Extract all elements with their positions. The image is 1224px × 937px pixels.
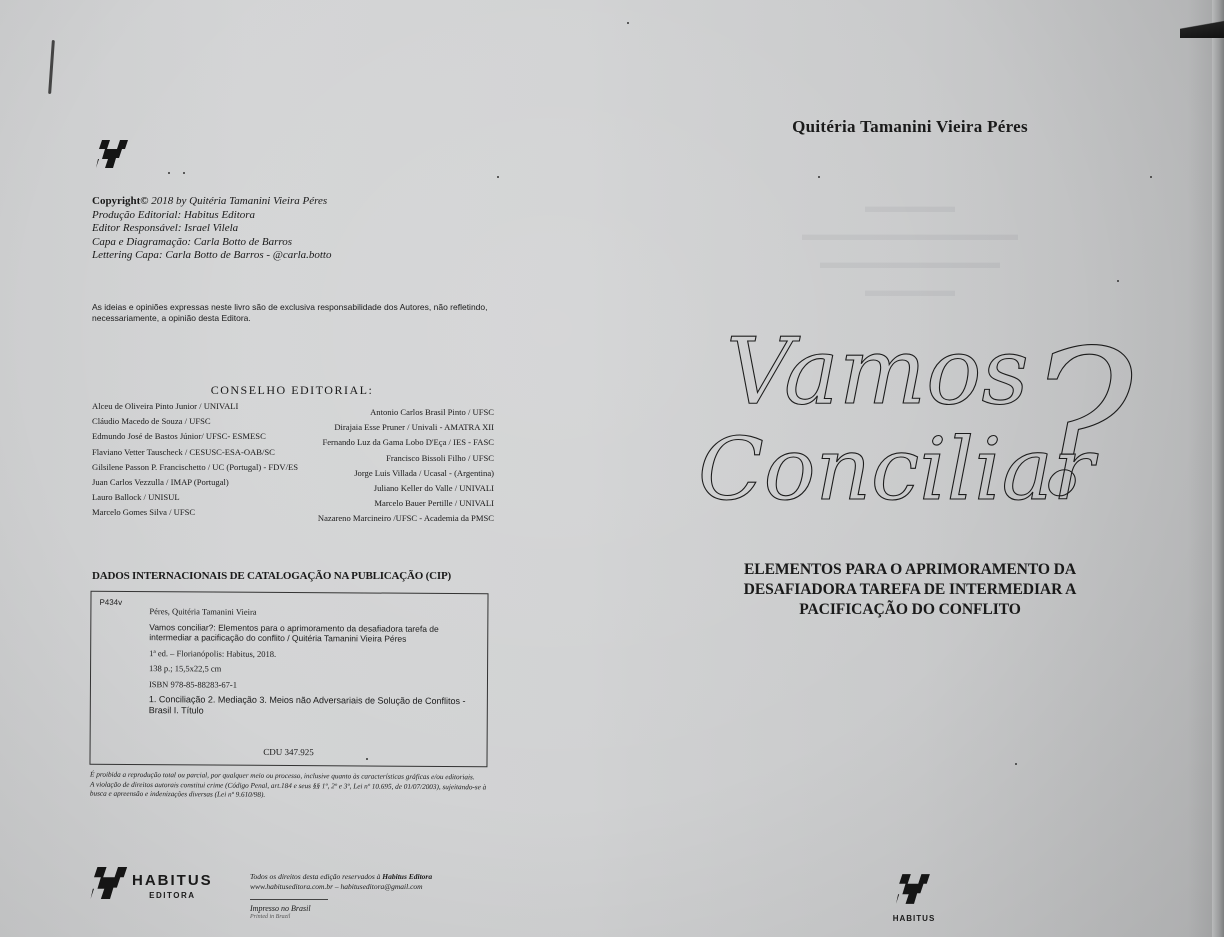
board-member: Cláudio Macedo de Souza / UFSC <box>92 414 298 429</box>
board-member: Alceu de Oliveira Pinto Junior / UNIVALI <box>92 399 298 414</box>
footer-divider <box>250 899 328 900</box>
author-name: Quitéria Tamanini Vieira Péres <box>690 117 1130 137</box>
rights-holder: Habitus Editora <box>382 872 432 881</box>
credit-line: Capa e Diagramação: Carla Botto de Barro… <box>92 236 332 250</box>
title-lettering: .outline { font-family: "DejaVu Serif", … <box>696 303 1142 517</box>
cip-card: P434v Péres, Quitéria Tamanini Vieira Va… <box>89 591 488 767</box>
board-member: Nazareno Marcineiro /UFSC - Academia da … <box>270 511 494 526</box>
rights-text: Todos os direitos desta edição reservado… <box>250 872 380 881</box>
dust-speck <box>183 172 185 174</box>
copyright-block: Copyright© 2018 by Quitéria Tamanini Vie… <box>92 195 332 263</box>
dust-speck <box>1117 280 1119 282</box>
habitus-h-logo-icon <box>96 140 130 168</box>
editorial-board-title: CONSELHO EDITORIAL: <box>92 383 492 398</box>
board-member: Antonio Carlos Brasil Pinto / UFSC <box>270 405 494 420</box>
dust-speck <box>1015 763 1017 765</box>
board-member: Juan Carlos Vezzulla / IMAP (Portugal) <box>92 475 298 490</box>
board-member: Francisco Bissoli Filho / UFSC <box>270 451 494 466</box>
printed-pt: Impresso no Brasil <box>250 905 311 913</box>
publisher-sub: EDITORA <box>132 891 213 900</box>
board-member: Jorge Luis Villada / Ucasal - (Argentina… <box>270 466 494 481</box>
cip-isbn: ISBN 978-85-88283-67-1 <box>149 679 479 692</box>
cip-title: DADOS INTERNACIONAIS DE CATALOGAÇÃO NA P… <box>92 570 502 582</box>
dust-speck <box>818 176 820 178</box>
legal-line: A violação de direitos autorais constitu… <box>90 780 490 802</box>
cip-body: Péres, Quitéria Tamanini Vieira Vamos co… <box>149 606 480 722</box>
dust-speck <box>168 172 170 174</box>
board-member: Marcelo Gomes Silva / UFSC <box>92 505 298 520</box>
legal-notice: É proibida a reprodução total ou parcial… <box>90 771 490 802</box>
credit-line: Produção Editorial: Habitus Editora <box>92 209 332 223</box>
board-member: Lauro Ballock / UNISUL <box>92 490 298 505</box>
rights-statement: Todos os direitos desta edição reservado… <box>250 872 432 891</box>
disclaimer: As ideias e opiniões expressas neste liv… <box>92 302 492 324</box>
board-member: Edmundo José de Bastos Júnior/ UFSC- ESM… <box>92 429 298 444</box>
publisher-contact: www.habituseditora.com.br – habitusedito… <box>250 882 432 892</box>
board-member: Juliano Keller do Valle / UNIVALI <box>270 481 494 496</box>
editorial-board-left-column: Alceu de Oliveira Pinto Junior / UNIVALI… <box>92 399 298 521</box>
cip-extent: 138 p.; 15,5x22,5 cm <box>149 663 479 676</box>
board-member: Fernando Luz da Gama Lobo D'Eça / IES - … <box>270 435 494 450</box>
board-member: Dirajaia Esse Pruner / Univali - AMATRA … <box>270 420 494 435</box>
bleed-through-text: ▬▬▬▬▬▬▬▬▬▬▬▬▬▬▬▬▬▬▬▬▬▬▬▬▬▬▬▬▬▬▬▬ <box>720 192 1100 304</box>
dust-speck <box>366 758 368 760</box>
dust-speck <box>497 176 499 178</box>
copyright-line: 2018 by Quitéria Tamanini Vieira Péres <box>151 195 327 207</box>
habitus-footer-h-logo-icon <box>90 867 130 899</box>
cip-title-statement: Vamos conciliar?: Elementos para o aprim… <box>149 622 479 645</box>
board-member: Gilsilene Passon P. Francischetto / UC (… <box>92 460 298 475</box>
board-member: Flaviano Vetter Tauscheck / CESUSC-ESA-O… <box>92 445 298 460</box>
lettering-vamos: Vamos <box>726 318 1029 425</box>
copyright-label: Copyright© <box>92 195 149 207</box>
pen-mark <box>48 40 55 94</box>
book-edge <box>1212 0 1224 937</box>
book-subtitle: ELEMENTOS PARA O APRIMORAMENTO DA DESAFI… <box>700 560 1120 620</box>
printed-in: Impresso no Brasil Printed in Brazil <box>250 905 311 921</box>
cip-edition: 1ª ed. – Florianópolis: Habitus, 2018. <box>149 648 479 661</box>
subtitle-line: PACIFICAÇÃO DO CONFLITO <box>700 600 1120 620</box>
dust-speck <box>1150 176 1152 178</box>
dust-speck <box>627 22 629 24</box>
publisher-name: HABITUS <box>132 872 213 889</box>
cip-subjects: 1. Conciliação 2. Mediação 3. Meios não … <box>149 694 479 717</box>
publisher-label: HABITUS <box>880 914 948 923</box>
cip-author: Péres, Quitéria Tamanini Vieira <box>149 606 479 619</box>
credit-line: Lettering Capa: Carla Botto de Barros - … <box>92 249 332 263</box>
cip-call-number: P434v <box>99 598 122 607</box>
book-corner <box>1180 14 1224 38</box>
printed-en: Printed in Brazil <box>250 913 311 921</box>
credit-line: Editor Responsável: Israel Vilela <box>92 222 332 236</box>
cip-cdu: CDU 347.925 <box>91 746 487 758</box>
subtitle-line: DESAFIADORA TAREFA DE INTERMEDIAR A <box>700 580 1120 600</box>
lettering-question-mark: ? <box>1026 308 1135 517</box>
subtitle-line: ELEMENTOS PARA O APRIMORAMENTO DA <box>700 560 1120 580</box>
board-member: Marcelo Bauer Pertille / UNIVALI <box>270 496 494 511</box>
habitus-h-logo-icon <box>896 874 932 904</box>
editorial-board-right-column: Antonio Carlos Brasil Pinto / UFSC Diraj… <box>270 405 494 527</box>
publisher-brand: HABITUS EDITORA <box>132 872 213 900</box>
